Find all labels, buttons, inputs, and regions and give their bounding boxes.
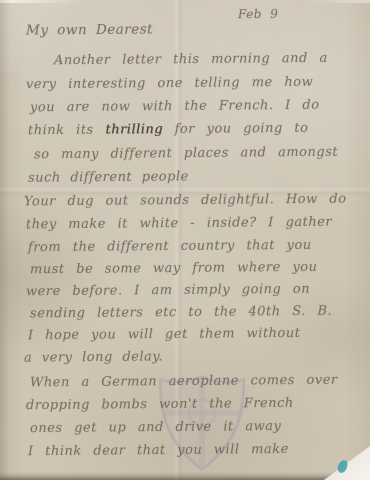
line-segment: think its	[28, 123, 105, 139]
letter-line: When a German aeroplane comes over	[30, 373, 338, 391]
letter-line: think its thrilling for you going to	[28, 121, 309, 138]
letter-salutation: My own Dearest	[26, 22, 153, 38]
letter-line: they make it white - inside? I gather	[26, 215, 332, 233]
paper-top-edge	[0, 0, 370, 3]
letter-line: such different people	[28, 169, 189, 185]
letter-line: must be some way from where you	[30, 260, 318, 278]
letter-line: Your dug out sounds delightful. How do	[24, 192, 347, 210]
letter-line: you are now with the French. I do	[30, 98, 320, 116]
letter-line: a very long delay.	[24, 349, 163, 365]
letter-line: ones get up and drive it away	[30, 419, 281, 436]
letter-line: I hope you will get them without	[28, 326, 301, 343]
paper-bottom-edge-shadow	[0, 472, 370, 480]
letter-scan: Feb 9 My own Dearest Another letter this…	[0, 0, 370, 480]
paper-left-edge-shadow	[0, 0, 10, 480]
letter-line: from the different country that you	[28, 238, 312, 255]
letter-line: very interesting one telling me how	[26, 75, 313, 93]
letter-line: Another letter this morning and a	[54, 51, 328, 68]
letter-line: so many different places and amongst	[34, 145, 338, 163]
letter-date: Feb 9	[238, 7, 279, 22]
emphasized-word: thrilling	[105, 122, 163, 138]
letter-line: dropping bombs won't the French	[26, 396, 294, 413]
line-segment: for you going to	[163, 121, 309, 137]
letter-line: sending letters etc to the 40th S. B.	[30, 304, 332, 322]
letter-line: I think dear that you will make	[28, 442, 289, 459]
letter-line: were before. I am simply going on	[26, 282, 310, 299]
